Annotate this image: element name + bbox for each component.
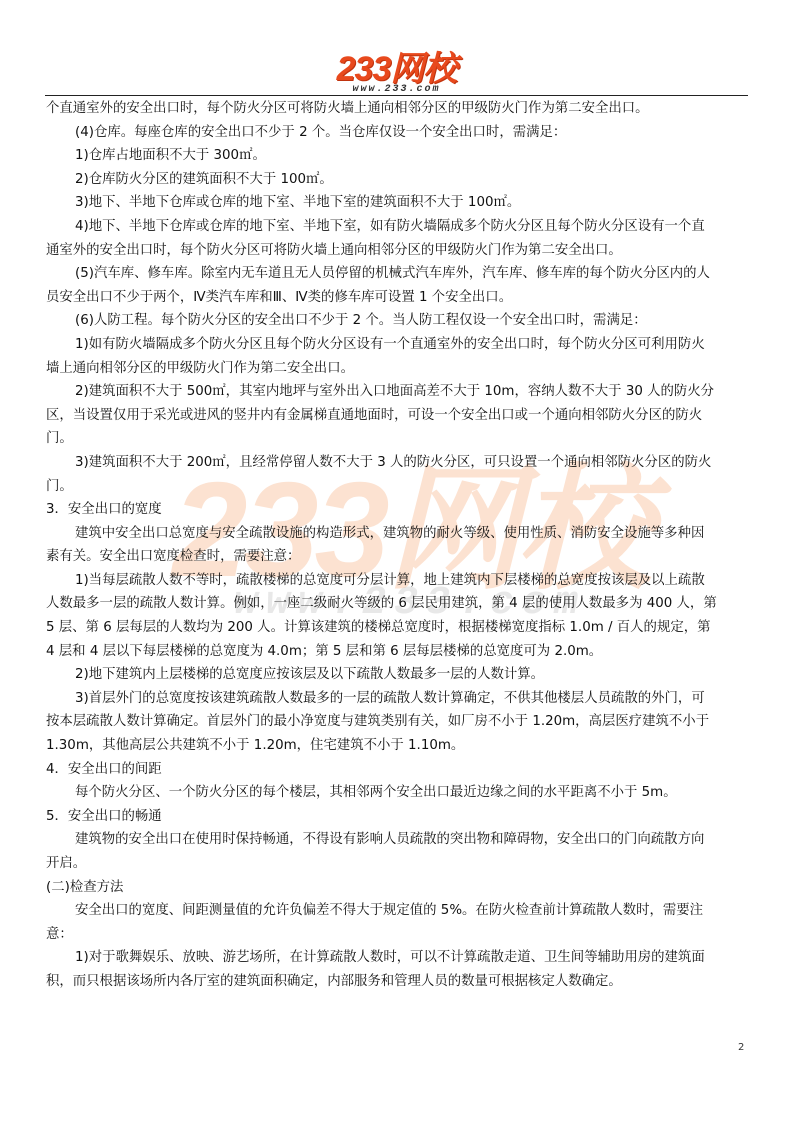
text-line: 按本层疏散人数计算确定。首层外门的最小净宽度与建筑类别有关，如厂房不小于 1.2… <box>46 710 752 734</box>
text-line: 2)仓库防火分区的建筑面积不大于 100㎡。 <box>46 168 752 192</box>
text-line: 意： <box>46 923 752 947</box>
text-line: 2)建筑面积不大于 500㎡，其室内地坪与室外出入口地面高差不大于 10m，容纳… <box>46 380 752 404</box>
text-line: 素有关。安全出口宽度检查时，需要注意： <box>46 545 752 569</box>
text-line: 建筑中安全出口总宽度与安全疏散设施的构造形式，建筑物的耐火等级、使用性质、消防安… <box>46 522 752 546</box>
text-line: 2)地下建筑内上层楼梯的总宽度应按该层及以下疏散人数最多一层的人数计算。 <box>46 663 752 687</box>
page-number: 2 <box>738 1042 744 1053</box>
text-line: 3)建筑面积不大于 200㎡，且经常停留人数不大于 3 人的防火分区，可只设置一… <box>46 451 752 475</box>
logo-wordmark: 233网校 <box>0 52 793 86</box>
text-line: 4)地下、半地下仓库或仓库的地下室、半地下室，如有防火墙隔成多个防火分区且每个防… <box>46 215 752 239</box>
text-line: 墙上通向相邻分区的甲级防火门作为第二安全出口。 <box>46 357 752 381</box>
text-line: (6)人防工程。每个防火分区的安全出口不少于 2 个。当人防工程仅设一个安全出口… <box>46 309 752 333</box>
text-line: 4 层和 4 层以下每层楼梯的总宽度为 4.0m；第 5 层和第 6 层每层楼梯… <box>46 640 752 664</box>
text-line: 人数最多一层的疏散人数计算。例如，一座二级耐火等级的 6 层民用建筑，第 4 层… <box>46 592 752 616</box>
section-heading: 5．安全出口的畅通 <box>46 805 752 829</box>
text-line: 员安全出口不少于两个，Ⅳ类汽车库和Ⅲ、Ⅳ类的修车库可设置 1 个安全出口。 <box>46 286 752 310</box>
text-line: 安全出口的宽度、间距测量值的允许负偏差不得大于规定值的 5%。在防火检查前计算疏… <box>46 899 752 923</box>
text-line: (4)仓库。每座仓库的安全出口不少于 2 个。当仓库仅设一个安全出口时，需满足： <box>46 121 752 145</box>
text-line: 3)地下、半地下仓库或仓库的地下室、半地下室的建筑面积不大于 100㎡。 <box>46 191 752 215</box>
text-line: 门。 <box>46 427 752 451</box>
section-heading: 4．安全出口的间距 <box>46 758 752 782</box>
text-line: 5 层、第 6 层每层的人数均为 200 人。计算该建筑的楼梯总宽度时，根据楼梯… <box>46 616 752 640</box>
text-line: 区，当设置仅用于采光或进风的竖井内有金属梯直通地面时，可设一个安全出口或一个通向… <box>46 404 752 428</box>
section-heading: (二)检查方法 <box>46 876 752 900</box>
text-line: 1.30m，其他高层公共建筑不小于 1.20m，住宅建筑不小于 1.10m。 <box>46 734 752 758</box>
text-line: 3)首层外门的总宽度按该建筑疏散人数最多的一层的疏散人数计算确定，不供其他楼层人… <box>46 687 752 711</box>
text-line: 1)当每层疏散人数不等时，疏散楼梯的总宽度可分层计算，地上建筑内下层楼梯的总宽度… <box>46 569 752 593</box>
text-line: 积，而只根据该场所内各厅室的建筑面积确定，内部服务和管理人员的数量可根据核定人数… <box>46 970 752 994</box>
text-line: 建筑物的安全出口在使用时保持畅通，不得设有影响人员疏散的突出物和障碍物，安全出口… <box>46 828 752 852</box>
section-heading: 3．安全出口的宽度 <box>46 498 752 522</box>
text-line: 每个防火分区、一个防火分区的每个楼层，其相邻两个安全出口最近边缘之间的水平距离不… <box>46 781 752 805</box>
text-line: 1)如有防火墙隔成多个防火分区且每个防火分区设有一个直通室外的安全出口时，每个防… <box>46 333 752 357</box>
header-divider <box>45 95 748 96</box>
text-line: (5)汽车库、修车库。除室内无车道且无人员停留的机械式汽车库外，汽车库、修车库的… <box>46 262 752 286</box>
text-line: 1)仓库占地面积不大于 300㎡。 <box>46 144 752 168</box>
text-line: 通室外的安全出口时，每个防火分区可将防火墙上通向相邻分区的甲级防火门作为第二安全… <box>46 239 752 263</box>
site-logo: 233网校 www.233.com <box>0 52 793 95</box>
text-line: 个直通室外的安全出口时，每个防火分区可将防火墙上通向相邻分区的甲级防火门作为第二… <box>46 97 752 121</box>
logo-url: www.233.com <box>0 85 793 95</box>
text-line: 1)对于歌舞娱乐、放映、游艺场所，在计算疏散人数时，可以不计算疏散走道、卫生间等… <box>46 946 752 970</box>
text-line: 开启。 <box>46 852 752 876</box>
document-body: 个直通室外的安全出口时，每个防火分区可将防火墙上通向相邻分区的甲级防火门作为第二… <box>46 97 752 994</box>
text-line: 门。 <box>46 475 752 499</box>
